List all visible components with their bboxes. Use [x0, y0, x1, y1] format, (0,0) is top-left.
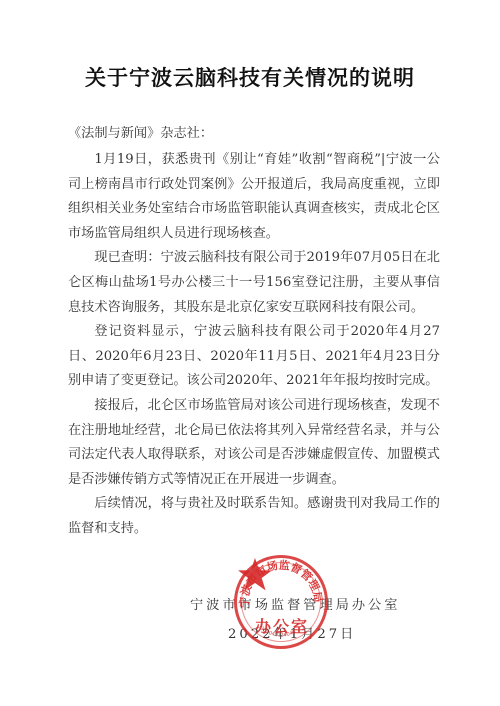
stamp-center-text: 办公室	[251, 614, 313, 637]
official-stamp: 宁波市市场监督管理局 3302040124048 办公室	[234, 555, 328, 649]
star-icon	[237, 558, 273, 592]
paragraph-inspection: 接报后，北仑区市场监管局对该公司进行现场核查，发现不在注册地址经营，北仑局已依法…	[68, 394, 440, 492]
paragraph-findings: 现已查明：宁波云脑科技有限公司于2019年07月05日在北仑区梅山盐场1号办公楼…	[68, 246, 440, 320]
document-title: 关于宁波云脑科技有关情况的说明	[0, 62, 500, 92]
paragraph-registration: 登记资料显示，宁波云脑科技有限公司于2020年4月27日、2020年6月23日、…	[68, 320, 440, 394]
document-body: 1月19日，获悉贵刊《别让“育娃”收割“智商税”|宁波一公司上榜南昌市行政处罚案…	[68, 148, 440, 542]
paragraph-closing: 后续情况，将与贵社及时联系告知。感谢贵刊对我局工作的监督和支持。	[68, 492, 440, 541]
paragraph-report: 1月19日，获悉贵刊《别让“育娃”收割“智商税”|宁波一公司上榜南昌市行政处罚案…	[68, 148, 440, 246]
salutation: 《法制与新闻》杂志社：	[68, 122, 213, 141]
